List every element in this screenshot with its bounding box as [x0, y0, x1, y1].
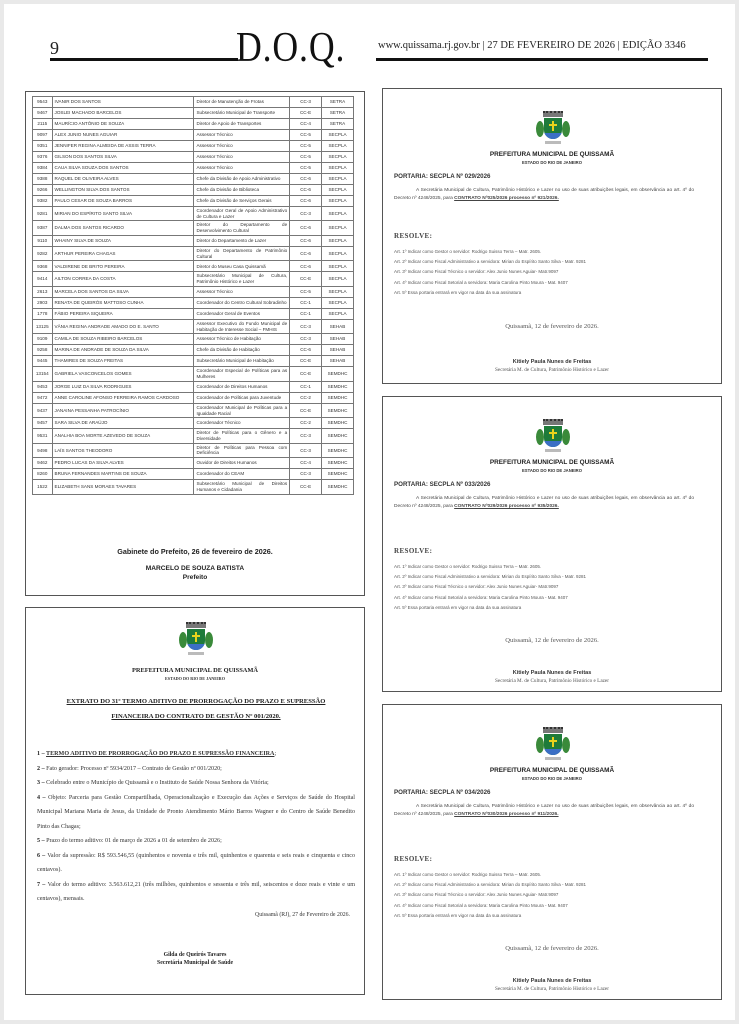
- level-cell: CC-6: [290, 261, 322, 272]
- department-cell: SEHAB: [322, 319, 354, 333]
- level-cell: CC-1: [290, 381, 322, 392]
- department-cell: SEHAB: [322, 345, 354, 356]
- level-cell: CC-E: [290, 403, 322, 417]
- coat-of-arms-icon: [536, 111, 570, 149]
- position-cell: Subsecretário Municipal de Transporte: [194, 108, 290, 119]
- name-cell: JOSLEI MACHADO BARCELOS: [52, 108, 194, 119]
- level-cell: CC-E: [290, 480, 322, 494]
- registration-cell: 2115: [33, 119, 53, 130]
- header-rule: [50, 58, 238, 61]
- level-cell: CC-6: [290, 221, 322, 235]
- department-cell: SECPLA: [322, 297, 354, 308]
- registration-cell: 9282: [33, 246, 53, 260]
- registration-cell: 9382: [33, 196, 53, 207]
- signer-name: MARCELO DE SOUZA BATISTA: [26, 565, 364, 572]
- portaria-title: PORTARIA: SECPLA Nº 029/2026: [394, 173, 490, 180]
- registration-cell: 9109: [33, 334, 53, 345]
- articles-list: Art. 1º Indicar como Gestor o servidor: …: [394, 870, 586, 921]
- resolve-heading: RESOLVE:: [394, 855, 432, 863]
- name-cell: RENATA DE QUEIRÓS MATTOSO CUNHA: [52, 297, 194, 308]
- position-cell: Subsecretário Municipal de Habitação: [194, 356, 290, 367]
- registration-cell: 9384: [33, 163, 53, 174]
- position-cell: Diretor de Políticas para o Gênero e a D…: [194, 429, 290, 443]
- level-cell: CC-6: [290, 196, 322, 207]
- level-cell: CC-5: [290, 163, 322, 174]
- department-cell: SECPLA: [322, 152, 354, 163]
- registration-cell: 2613: [33, 286, 53, 297]
- department-cell: SEMDHC: [322, 403, 354, 417]
- level-cell: CC-5: [290, 286, 322, 297]
- institution-state: ESTADO DO RIO DE JANEIRO: [383, 160, 721, 165]
- registration-cell: 9376: [33, 152, 53, 163]
- level-cell: CC-3: [290, 97, 322, 108]
- department-cell: SETRA: [322, 97, 354, 108]
- position-cell: Assessor Técnico: [194, 152, 290, 163]
- table-row: 8260BRUNA FERNANDES MARTINS DE SOUZACoor…: [33, 469, 354, 480]
- portaria-title: PORTARIA: SECPLA Nº 033/2026: [394, 481, 490, 488]
- name-cell: VALDIRENE DE BRITO PEREIRA: [52, 261, 194, 272]
- name-cell: GILSON DOS SANTOS SILVA: [52, 152, 194, 163]
- extrato-item: 6 – Valor da supressão: R$ 593.546,55 (q…: [37, 849, 355, 878]
- department-cell: SECPLA: [322, 261, 354, 272]
- department-cell: SEMDHC: [322, 418, 354, 429]
- registration-cell: 8260: [33, 469, 53, 480]
- name-cell: JANAINA PESSANHA PATROCÍNIO: [52, 403, 194, 417]
- table-row: 9387DALMA DOS SANTOS RICARDODiretor do D…: [33, 221, 354, 235]
- gazette-logo: D.O.Q.: [236, 24, 345, 72]
- department-cell: SEMDHC: [322, 469, 354, 480]
- name-cell: LAÍS SANTOS THEODORO: [52, 443, 194, 457]
- table-row: 9368VALDIRENE DE BRITO PEREIRADiretor do…: [33, 261, 354, 272]
- gazette-page: 9 D.O.Q. www.quissama.rj.gov.br | 27 DE …: [4, 4, 735, 1020]
- department-cell: SEMDHC: [322, 458, 354, 469]
- resolve-heading: RESOLVE:: [394, 232, 432, 240]
- department-cell: SECPLA: [322, 130, 354, 141]
- department-cell: SECPLA: [322, 163, 354, 174]
- coat-of-arms-icon: [179, 622, 213, 660]
- position-cell: Coordenador de Direitos Humanos: [194, 381, 290, 392]
- table-row: 2903RENATA DE QUEIRÓS MATTOSO CUNHACoord…: [33, 297, 354, 308]
- portaria-date: Quissamã, 12 de fevereiro de 2026.: [383, 945, 721, 952]
- table-row: 9414AILTON CORREA DA COSTASubsecretário …: [33, 272, 354, 286]
- table-row: 9281MIRIAN DO ESPÍRITO SANTO SILVACoorde…: [33, 207, 354, 221]
- registration-cell: 9258: [33, 345, 53, 356]
- portaria-title: PORTARIA: SECPLA Nº 034/2026: [394, 789, 490, 796]
- portaria-signer-role: Secretária M. de Cultura, Patrimônio His…: [383, 367, 721, 373]
- level-cell: CC-3: [290, 334, 322, 345]
- article-item: Art. 4º Indicar como Fiscal Setorial a s…: [394, 901, 586, 911]
- position-cell: Chefe da Divisão de Biblioteca: [194, 185, 290, 196]
- article-item: Art. 2º Indicar como Fiscal Administrati…: [394, 257, 586, 267]
- article-item: Art. 3º Indicar como Fiscal Técnico o se…: [394, 267, 586, 277]
- articles-list: Art. 1º Indicar como Gestor o servidor: …: [394, 562, 586, 613]
- extrato-item: 3 – Celebrado entre o Município de Quiss…: [37, 776, 355, 791]
- position-cell: Diretor do Museu Casa Quissamã: [194, 261, 290, 272]
- registration-cell: 9462: [33, 458, 53, 469]
- extrato-box: PREFEITURA MUNICIPAL DE QUISSAMÃ ESTADO …: [25, 607, 365, 995]
- name-cell: GABRIELA VASCONCELOS GOMES: [52, 367, 194, 381]
- department-cell: SECPLA: [322, 207, 354, 221]
- extrato-items: 1 – TERMO ADITIVO DE PRORROGAÇÃO DO PRAZ…: [37, 747, 355, 907]
- contract-reference: CONTRATO Nº029/2026 processo nº 935/2026…: [454, 504, 559, 509]
- department-cell: SECPLA: [322, 272, 354, 286]
- contract-reference: CONTRATO Nº030/2026 processo nº 911/2026…: [454, 812, 558, 817]
- department-cell: SEMDHC: [322, 367, 354, 381]
- position-cell: Chefe da Divisão de Serviços Gerais: [194, 196, 290, 207]
- name-cell: CAUA SILVA SOUZA DOS SANTOS: [52, 163, 194, 174]
- level-cell: CC-3: [290, 469, 322, 480]
- name-cell: PAULO CESAR DE SOUZA BARROS: [52, 196, 194, 207]
- department-cell: SECPLA: [322, 221, 354, 235]
- article-item: Art. 4º Indicar como Fiscal Setorial a s…: [394, 278, 586, 288]
- level-cell: CC-E: [290, 367, 322, 381]
- portaria-body: A Secretária Municipal de Cultura, Patri…: [394, 803, 694, 819]
- table-row: 9266WELLINGTON SILVA DOS SANTOSChefe da …: [33, 185, 354, 196]
- table-row: 9457SARA SILVA DE ARAÚJOCoordenador Técn…: [33, 418, 354, 429]
- registration-cell: 9351: [33, 141, 53, 152]
- table-row: 9531ANALHIA BOA MORTE AZEVEDO DE SOUZADi…: [33, 429, 354, 443]
- table-row: 9282ARTHUR PEREIRA CHAGASDiretor do Depa…: [33, 246, 354, 260]
- department-cell: SEMDHC: [322, 443, 354, 457]
- level-cell: CC-1: [290, 297, 322, 308]
- institution-name: PREFEITURA MUNICIPAL DE QUISSAMÃ: [383, 151, 721, 158]
- department-cell: SECPLA: [322, 246, 354, 260]
- institution-state: ESTADO DO RIO DE JANEIRO: [26, 676, 364, 681]
- contract-reference: CONTRATO Nº025/2026 processo nº 921/2026…: [454, 196, 559, 201]
- level-cell: CC-3: [290, 443, 322, 457]
- portaria-date: Quissamã, 12 de fevereiro de 2026.: [383, 637, 721, 644]
- registration-cell: 9467: [33, 108, 53, 119]
- position-cell: Diretor do Departamento de Desenvolvimen…: [194, 221, 290, 235]
- portaria-box: PREFEITURA MUNICIPAL DE QUISSAMÃ ESTADO …: [382, 396, 722, 692]
- portaria-box: PREFEITURA MUNICIPAL DE QUISSAMÃ ESTADO …: [382, 88, 722, 384]
- table-row: 1778FÁBIO PEREIRA SIQUEIRACoordenador Ge…: [33, 308, 354, 319]
- article-item: Art. 3º Indicar como Fiscal Técnico o se…: [394, 582, 586, 592]
- page-number: 9: [50, 38, 59, 59]
- name-cell: SARA SILVA DE ARAÚJO: [52, 418, 194, 429]
- name-cell: JORGE LUIZ DA SILVA RODRIGUES: [52, 381, 194, 392]
- institution-state: ESTADO DO RIO DE JANEIRO: [383, 468, 721, 473]
- extrato-item: 1 – TERMO ADITIVO DE PRORROGAÇÃO DO PRAZ…: [37, 747, 355, 762]
- name-cell: ALEX JUNIO NUNES AGUIAR: [52, 130, 194, 141]
- extrato-signer-role: Secretária Municipal de Saúde: [26, 960, 364, 966]
- department-cell: SECPLA: [322, 141, 354, 152]
- portaria-body: A Secretária Municipal de Cultura, Patri…: [394, 495, 694, 511]
- portaria-box: PREFEITURA MUNICIPAL DE QUISSAMÃ ESTADO …: [382, 704, 722, 1000]
- registration-cell: 9281: [33, 207, 53, 221]
- registration-cell: 9387: [33, 221, 53, 235]
- closing-line: Gabinete do Prefeito, 26 de fevereiro de…: [26, 547, 364, 556]
- table-row: 9388RAQUEL DE OLIVEIRA ALVESChefe da Div…: [33, 174, 354, 185]
- department-cell: SEMDHC: [322, 392, 354, 403]
- position-cell: Assessor Técnico: [194, 130, 290, 141]
- department-cell: SEMDHC: [322, 381, 354, 392]
- position-cell: Chefe da Divisão de Habitação: [194, 345, 290, 356]
- name-cell: WHAINY SILVA DE SOUZA: [52, 235, 194, 246]
- table-row: 9437JANAINA PESSANHA PATROCÍNIOCoordenad…: [33, 403, 354, 417]
- header-rule: [376, 58, 708, 61]
- extrato-item: 7 – Valor do termo aditivo: 3.563.612,21…: [37, 878, 355, 907]
- level-cell: CC-5: [290, 152, 322, 163]
- extrato-item: 4 – Objeto: Parceria para Gestão Compart…: [37, 791, 355, 835]
- registration-cell: 9472: [33, 392, 53, 403]
- registration-cell: 9531: [33, 429, 53, 443]
- name-cell: WELLINGTON SILVA DOS SANTOS: [52, 185, 194, 196]
- name-cell: VÂNIA REGINA ANDRADE AMADO DO E. SANTO: [52, 319, 194, 333]
- level-cell: CC-3: [290, 207, 322, 221]
- article-item: Art. 1º Indicar como Gestor o servidor: …: [394, 247, 586, 257]
- registration-cell: 9368: [33, 261, 53, 272]
- extrato-title: EXTRATO DO 31º TERMO ADITIVO DE PRORROGA…: [46, 694, 346, 724]
- extrato-signer-name: Gilda de Queirós Tavares: [26, 952, 364, 958]
- registration-cell: 13154: [33, 367, 53, 381]
- position-cell: Assessor Técnico de Habitação: [194, 334, 290, 345]
- portaria-date: Quissamã, 12 de fevereiro de 2026.: [383, 323, 721, 330]
- department-cell: SEMDHC: [322, 429, 354, 443]
- level-cell: CC-E: [290, 272, 322, 286]
- level-cell: CC-1: [290, 308, 322, 319]
- department-cell: SETRA: [322, 108, 354, 119]
- edition-info: www.quissama.rj.gov.br | 27 DE FEVEREIRO…: [378, 40, 686, 51]
- registration-cell: 1522: [33, 480, 53, 494]
- table-row: 9258MARINA DE ANDRADE DE SOUZA DA SILVAC…: [33, 345, 354, 356]
- level-cell: CC-4: [290, 119, 322, 130]
- article-item: Art. 5º Essa portaria entrará em vigor n…: [394, 288, 586, 298]
- name-cell: JENNIFER REGINA ALMEIDA DE ASSIS TERRA: [52, 141, 194, 152]
- institution-name: PREFEITURA MUNICIPAL DE QUISSAMÃ: [26, 667, 364, 674]
- registration-cell: 13125: [33, 319, 53, 333]
- portaria-body: A Secretária Municipal de Cultura, Patri…: [394, 187, 694, 203]
- level-cell: CC-5: [290, 141, 322, 152]
- resolve-heading: RESOLVE:: [394, 547, 432, 555]
- registration-cell: 9388: [33, 174, 53, 185]
- department-cell: SEMDHC: [322, 480, 354, 494]
- table-row: 9445THAMIRES DE SOUZA FREITASSubsecretár…: [33, 356, 354, 367]
- registration-cell: 2903: [33, 297, 53, 308]
- registration-cell: 9110: [33, 235, 53, 246]
- level-cell: CC-6: [290, 185, 322, 196]
- position-cell: Coordenador Geral de Eventos: [194, 308, 290, 319]
- name-cell: BRUNA FERNANDES MARTINS DE SOUZA: [52, 469, 194, 480]
- level-cell: CC-E: [290, 108, 322, 119]
- level-cell: CC-6: [290, 345, 322, 356]
- article-item: Art. 2º Indicar como Fiscal Administrati…: [394, 880, 586, 890]
- position-cell: Ouvidor de Direitos Humanos: [194, 458, 290, 469]
- name-cell: ANNE CAROLINE AFONSO FERREIRA RAMOS CARD…: [52, 392, 194, 403]
- department-cell: SECPLA: [322, 174, 354, 185]
- position-cell: Assessor Técnico: [194, 286, 290, 297]
- table-row: 13154GABRIELA VASCONCELOS GOMESCoordenad…: [33, 367, 354, 381]
- table-row: 9467JOSLEI MACHADO BARCELOSSubsecretário…: [33, 108, 354, 119]
- table-row: 9543IVANIR DOS SANTOSDiretor de Manutenç…: [33, 97, 354, 108]
- position-cell: Diretor de Apoio de Transportes: [194, 119, 290, 130]
- level-cell: CC-6: [290, 235, 322, 246]
- name-cell: THAMIRES DE SOUZA FREITAS: [52, 356, 194, 367]
- table-row: 9453JORGE LUIZ DA SILVA RODRIGUESCoorden…: [33, 381, 354, 392]
- name-cell: MARCELA DOS SANTOS DA SILVA: [52, 286, 194, 297]
- name-cell: IVANIR DOS SANTOS: [52, 97, 194, 108]
- article-item: Art. 3º Indicar como Fiscal Técnico o se…: [394, 890, 586, 900]
- nomination-table-box: 9543IVANIR DOS SANTOSDiretor de Manutenç…: [25, 91, 365, 596]
- name-cell: MARINA DE ANDRADE DE SOUZA DA SILVA: [52, 345, 194, 356]
- position-cell: Chefe da Divisão de Apoio Administrativo: [194, 174, 290, 185]
- registration-cell: 9437: [33, 403, 53, 417]
- registration-cell: 9457: [33, 418, 53, 429]
- registration-cell: 9543: [33, 97, 53, 108]
- name-cell: CAMILA DE SOUZA RIBEIRO BARCELOS: [52, 334, 194, 345]
- position-cell: Coordenador do CEAM: [194, 469, 290, 480]
- position-cell: Coordenador Municipal de Políticas para …: [194, 403, 290, 417]
- registration-cell: 9453: [33, 381, 53, 392]
- department-cell: SECPLA: [322, 308, 354, 319]
- level-cell: CC-4: [290, 458, 322, 469]
- table-row: 9462PEDRO LUCAS DA SILVA ALVESOuvidor de…: [33, 458, 354, 469]
- department-cell: SEHAB: [322, 334, 354, 345]
- level-cell: CC-6: [290, 174, 322, 185]
- extrato-item: 5 – Prazo do termo aditivo: 01 de março …: [37, 834, 355, 849]
- article-item: Art. 2º Indicar como Fiscal Administrati…: [394, 572, 586, 582]
- table-row: 1522ELIZABETH SANS MORAES TAVARESSubsecr…: [33, 480, 354, 494]
- table-row: 9498LAÍS SANTOS THEODORODiretor de Polít…: [33, 443, 354, 457]
- registration-cell: 9097: [33, 130, 53, 141]
- position-cell: Assessor Técnico: [194, 163, 290, 174]
- table-row: 9376GILSON DOS SANTOS SILVAAssessor Técn…: [33, 152, 354, 163]
- registration-cell: 9445: [33, 356, 53, 367]
- registration-cell: 9498: [33, 443, 53, 457]
- position-cell: Subsecretário Municipal de Cultura, Patr…: [194, 272, 290, 286]
- article-item: Art. 1º Indicar como Gestor o servidor: …: [394, 870, 586, 880]
- table-row: 9109CAMILA DE SOUZA RIBEIRO BARCELOSAsse…: [33, 334, 354, 345]
- table-row: 2613MARCELA DOS SANTOS DA SILVAAssessor …: [33, 286, 354, 297]
- position-cell: Coordenador Técnico: [194, 418, 290, 429]
- department-cell: SECPLA: [322, 235, 354, 246]
- name-cell: MAURÍCIO ANTÔNIO DE SOUZA: [52, 119, 194, 130]
- level-cell: CC-3: [290, 319, 322, 333]
- coat-of-arms-icon: [536, 419, 570, 457]
- signer-role: Prefeito: [26, 574, 364, 581]
- name-cell: MIRIAN DO ESPÍRITO SANTO SILVA: [52, 207, 194, 221]
- position-cell: Coordenador de Políticas para Juventude: [194, 392, 290, 403]
- portaria-signer-name: Kitiely Paula Nunes de Freitas: [383, 978, 721, 984]
- position-cell: Coordenador Especial de Políticas para a…: [194, 367, 290, 381]
- table-row: 9382PAULO CESAR DE SOUZA BARROSChefe da …: [33, 196, 354, 207]
- table-row: 9472ANNE CAROLINE AFONSO FERREIRA RAMOS …: [33, 392, 354, 403]
- article-item: Art. 5º Essa portaria entrará em vigor n…: [394, 603, 586, 613]
- position-cell: Subsecretário Municipal de Direitos Huma…: [194, 480, 290, 494]
- name-cell: ANALHIA BOA MORTE AZEVEDO DE SOUZA: [52, 429, 194, 443]
- level-cell: CC-2: [290, 392, 322, 403]
- article-item: Art. 4º Indicar como Fiscal Setorial a s…: [394, 593, 586, 603]
- extrato-item: 2 – Fato gerador: Processo nº 5934/2017 …: [37, 762, 355, 777]
- level-cell: CC-5: [290, 130, 322, 141]
- department-cell: SECPLA: [322, 196, 354, 207]
- position-cell: Diretor do Departamento de Patrimônio Cu…: [194, 246, 290, 260]
- level-cell: CC-2: [290, 418, 322, 429]
- extrato-date: Quissamã (RJ), 27 de Fevereiro de 2026.: [255, 912, 350, 918]
- portaria-signer-name: Kitiely Paula Nunes de Freitas: [383, 359, 721, 365]
- name-cell: AILTON CORREA DA COSTA: [52, 272, 194, 286]
- staff-table: 9543IVANIR DOS SANTOSDiretor de Manutenç…: [32, 96, 354, 495]
- level-cell: CC-6: [290, 246, 322, 260]
- position-cell: Assessor Executivo do Fundo Municipal de…: [194, 319, 290, 333]
- table-row: 2115MAURÍCIO ANTÔNIO DE SOUZADiretor de …: [33, 119, 354, 130]
- portaria-signer-role: Secretária M. de Cultura, Patrimônio His…: [383, 986, 721, 992]
- table-row: 9351JENNIFER REGINA ALMEIDA DE ASSIS TER…: [33, 141, 354, 152]
- department-cell: SETRA: [322, 119, 354, 130]
- position-cell: Coordenador do Centro Cultural Sobradinh…: [194, 297, 290, 308]
- institution-state: ESTADO DO RIO DE JANEIRO: [383, 776, 721, 781]
- table-row: 9110WHAINY SILVA DE SOUZADiretor do Depa…: [33, 235, 354, 246]
- institution-name: PREFEITURA MUNICIPAL DE QUISSAMÃ: [383, 459, 721, 466]
- level-cell: CC-E: [290, 356, 322, 367]
- registration-cell: 9266: [33, 185, 53, 196]
- articles-list: Art. 1º Indicar como Gestor o servidor: …: [394, 247, 586, 298]
- registration-cell: 9414: [33, 272, 53, 286]
- article-item: Art. 5º Essa portaria entrará em vigor n…: [394, 911, 586, 921]
- position-cell: Diretor de Políticas para Pessoa com Def…: [194, 443, 290, 457]
- registration-cell: 1778: [33, 308, 53, 319]
- name-cell: ARTHUR PEREIRA CHAGAS: [52, 246, 194, 260]
- department-cell: SECPLA: [322, 286, 354, 297]
- article-item: Art. 1º Indicar como Gestor o servidor: …: [394, 562, 586, 572]
- name-cell: PEDRO LUCAS DA SILVA ALVES: [52, 458, 194, 469]
- department-cell: SEHAB: [322, 356, 354, 367]
- portaria-signer-role: Secretária M. de Cultura, Patrimônio His…: [383, 678, 721, 684]
- page-header: 9 D.O.Q. www.quissama.rj.gov.br | 27 DE …: [36, 28, 706, 64]
- department-cell: SECPLA: [322, 185, 354, 196]
- institution-name: PREFEITURA MUNICIPAL DE QUISSAMÃ: [383, 767, 721, 774]
- name-cell: DALMA DOS SANTOS RICARDO: [52, 221, 194, 235]
- position-cell: Diretor de Manutenção de Frotas: [194, 97, 290, 108]
- portaria-signer-name: Kitiely Paula Nunes de Freitas: [383, 670, 721, 676]
- table-row: 9384CAUA SILVA SOUZA DOS SANTOSAssessor …: [33, 163, 354, 174]
- name-cell: FÁBIO PEREIRA SIQUEIRA: [52, 308, 194, 319]
- coat-of-arms-icon: [536, 727, 570, 765]
- position-cell: Diretor do Departamento de Lazer: [194, 235, 290, 246]
- name-cell: RAQUEL DE OLIVEIRA ALVES: [52, 174, 194, 185]
- table-row: 9097ALEX JUNIO NUNES AGUIARAssessor Técn…: [33, 130, 354, 141]
- position-cell: Assessor Técnico: [194, 141, 290, 152]
- position-cell: Coordenador Geral de Apoio Administrativ…: [194, 207, 290, 221]
- table-row: 13125VÂNIA REGINA ANDRADE AMADO DO E. SA…: [33, 319, 354, 333]
- name-cell: ELIZABETH SANS MORAES TAVARES: [52, 480, 194, 494]
- level-cell: CC-3: [290, 429, 322, 443]
